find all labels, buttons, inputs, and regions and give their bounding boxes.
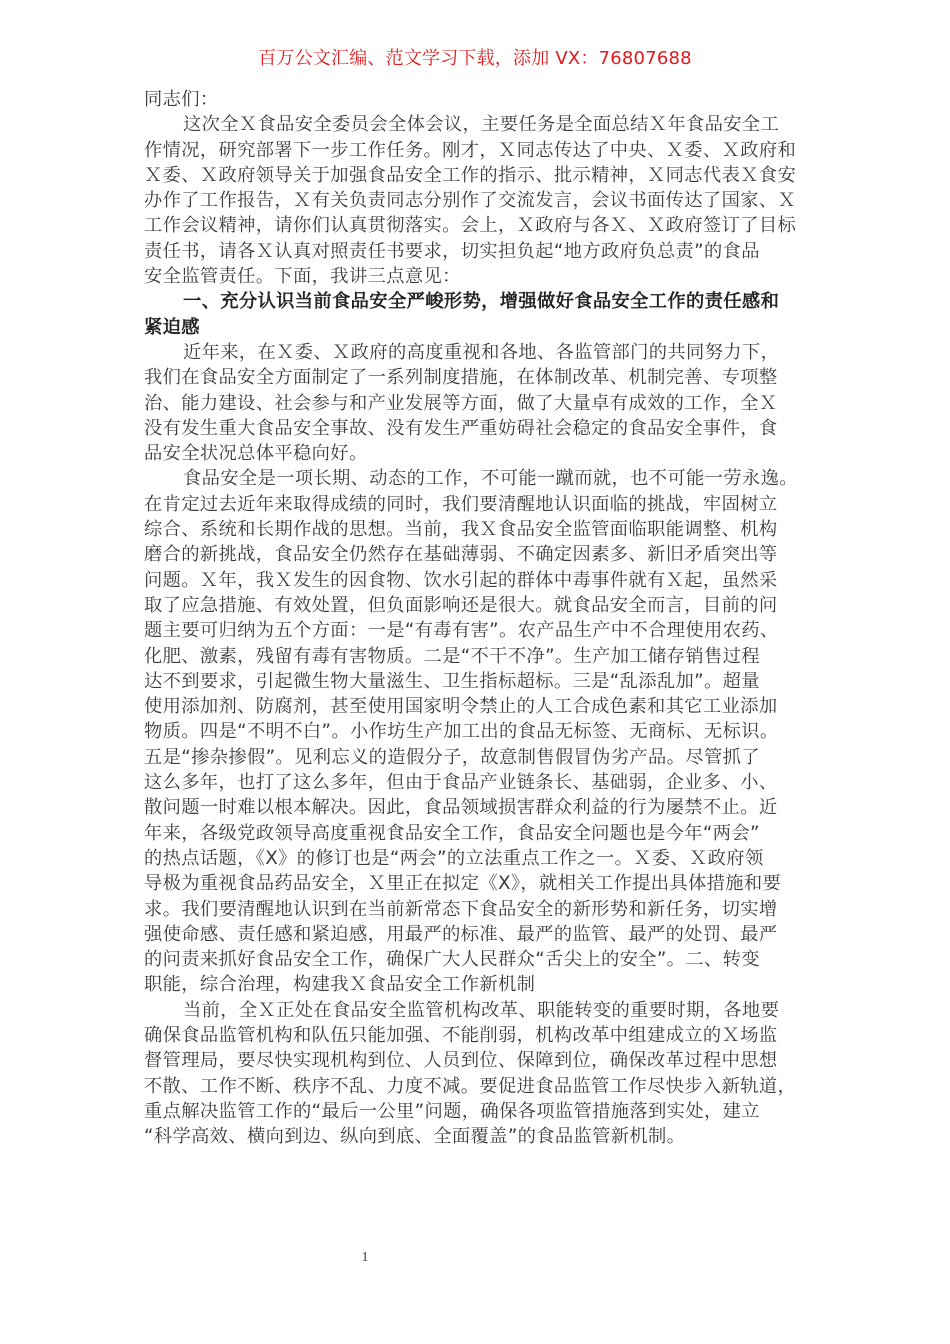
text-line: “科学高效、横向到边、纵向到底、全面覆盖”的食品监管新机制。 (144, 1124, 808, 1149)
text-line: 工作会议精神，请你们认真贯彻落实。会上，Ｘ政府与各Ｘ、Ｘ政府签订了目标 (144, 213, 808, 238)
text-line: 重点解决监管工作的“最后一公里”问题，确保各项监管措施落到实处，建立 (144, 1099, 808, 1124)
text-line: 食品安全是一项长期、动态的工作，不可能一蹴而就，也不可能一劳永逸。 (144, 466, 808, 491)
text-line: 强使命感、责任感和紧迫感，用最严的标准、最严的监管、最严的处罚、最严 (144, 922, 808, 947)
text-line: 散问题一时难以根本解决。因此，食品领域损害群众利益的行为屡禁不止。近 (144, 795, 808, 820)
text-line: 在肯定过去近年来取得成绩的同时，我们要清醒地认识面临的挑战，牢固树立 (144, 492, 808, 517)
text-line: 确保食品监管机构和队伍只能加强、不能削弱，机构改革中组建成立的Ｘ场监 (144, 1023, 808, 1048)
text-line: 磨合的新挑战，食品安全仍然存在基础薄弱、不确定因素多、新旧矛盾突出等 (144, 542, 808, 567)
text-line: 没有发生重大食品安全事故、没有发生严重妨碍社会稳定的食品安全事件，食 (144, 416, 808, 441)
text-line: 年来，各级党政领导高度重视食品安全工作，食品安全问题也是今年“两会” (144, 821, 808, 846)
text-line: Ｘ委、Ｘ政府领导关于加强食品安全工作的指示、批示精神，Ｘ同志代表Ｘ食安 (144, 163, 808, 188)
text-line: 这么多年，也打了这么多年，但由于食品产业链条长、基础弱，企业多、小、 (144, 770, 808, 795)
salutation: 同志们： (144, 87, 808, 112)
text-line: 治、能力建设、社会参与和产业发展等方面，做了大量卓有成效的工作，全Ｘ (144, 391, 808, 416)
text-line: 问题。Ｘ年，我Ｘ发生的因食物、饮水引起的群体中毒事件就有Ｘ起，虽然采 (144, 568, 808, 593)
document-page: 百万公文汇编、范文学习下载，添加 VX：76807688 同志们： 这次全Ｘ食品… (0, 0, 950, 1344)
text-line: 当前，全Ｘ正处在食品安全监管机构改革、职能转变的重要时期，各地要 (144, 998, 808, 1023)
text-line: 责任书，请各Ｘ认真对照责任书要求，切实担负起“地方政府负总责”的食品 (144, 239, 808, 264)
text-line: 我们在食品安全方面制定了一系列制度措施，在体制改革、机制完善、专项整 (144, 365, 808, 390)
text-line: 导极为重视食品药品安全，Ｘ里正在拟定《X》，就相关工作提出具体措施和要 (144, 871, 808, 896)
text-line: 办作了工作报告，Ｘ有关负责同志分别作了交流发言，会议书面传达了国家、Ｘ (144, 188, 808, 213)
page-number: 1 (0, 1250, 730, 1266)
watermark-header: 百万公文汇编、范文学习下载，添加 VX：76807688 (0, 47, 950, 71)
text-line: 职能，综合治理，构建我Ｘ食品安全工作新机制 (144, 972, 808, 997)
text-line: 督管理局，要尽快实现机构到位、人员到位、保障到位，确保改革过程中思想 (144, 1048, 808, 1073)
paragraph-lines: 这次全Ｘ食品安全委员会全体会议，主要任务是全面总结Ｘ年食品安全工作情况，研究部署… (144, 112, 808, 1149)
text-line: 不散、工作不断、秩序不乱、力度不减。要促进食品监管工作尽快步入新轨道， (144, 1074, 808, 1099)
text-line: 综合、系统和长期作战的思想。当前，我Ｘ食品安全监管面临职能调整、机构 (144, 517, 808, 542)
section-heading-line: 一、充分认识当前食品安全严峻形势，增强做好食品安全工作的责任感和 (144, 289, 808, 314)
section-heading-line: 紧迫感 (144, 315, 808, 340)
text-line: 使用添加剂、防腐剂，甚至使用国家明令禁止的人工合成色素和其它工业添加 (144, 694, 808, 719)
text-line: 求。我们要清醒地认识到在当前新常态下食品安全的新形势和新任务，切实增 (144, 897, 808, 922)
text-line: 品安全状况总体平稳向好。 (144, 441, 808, 466)
text-line: 近年来，在Ｘ委、Ｘ政府的高度重视和各地、各监管部门的共同努力下， (144, 340, 808, 365)
text-line: 题主要可归纳为五个方面：一是“有毒有害”。农产品生产中不合理使用农药、 (144, 618, 808, 643)
text-line: 化肥、激素，残留有毒有害物质。二是“不干不净”。生产加工储存销售过程 (144, 644, 808, 669)
text-line: 达不到要求，引起微生物大量滋生、卫生指标超标。三是“乱添乱加”。超量 (144, 669, 808, 694)
text-line: 五是“掺杂掺假”。见利忘义的造假分子，故意制售假冒伪劣产品。尽管抓了 (144, 745, 808, 770)
text-line: 作情况，研究部署下一步工作任务。刚才，Ｘ同志传达了中央、Ｘ委、Ｘ政府和 (144, 138, 808, 163)
text-line: 安全监管责任。下面，我讲三点意见： (144, 264, 808, 289)
text-line: 物质。四是“不明不白”。小作坊生产加工出的食品无标签、无商标、无标识。 (144, 719, 808, 744)
text-line: 的问责来抓好食品安全工作，确保广大人民群众“舌尖上的安全”。二、转变 (144, 947, 808, 972)
document-body: 同志们： 这次全Ｘ食品安全委员会全体会议，主要任务是全面总结Ｘ年食品安全工作情况… (144, 87, 808, 1149)
text-line: 取了应急措施、有效处置，但负面影响还是很大。就食品安全而言，目前的问 (144, 593, 808, 618)
text-line: 的热点话题，《X》的修订也是“两会”的立法重点工作之一。Ｘ委、Ｘ政府领 (144, 846, 808, 871)
text-line: 这次全Ｘ食品安全委员会全体会议，主要任务是全面总结Ｘ年食品安全工 (144, 112, 808, 137)
